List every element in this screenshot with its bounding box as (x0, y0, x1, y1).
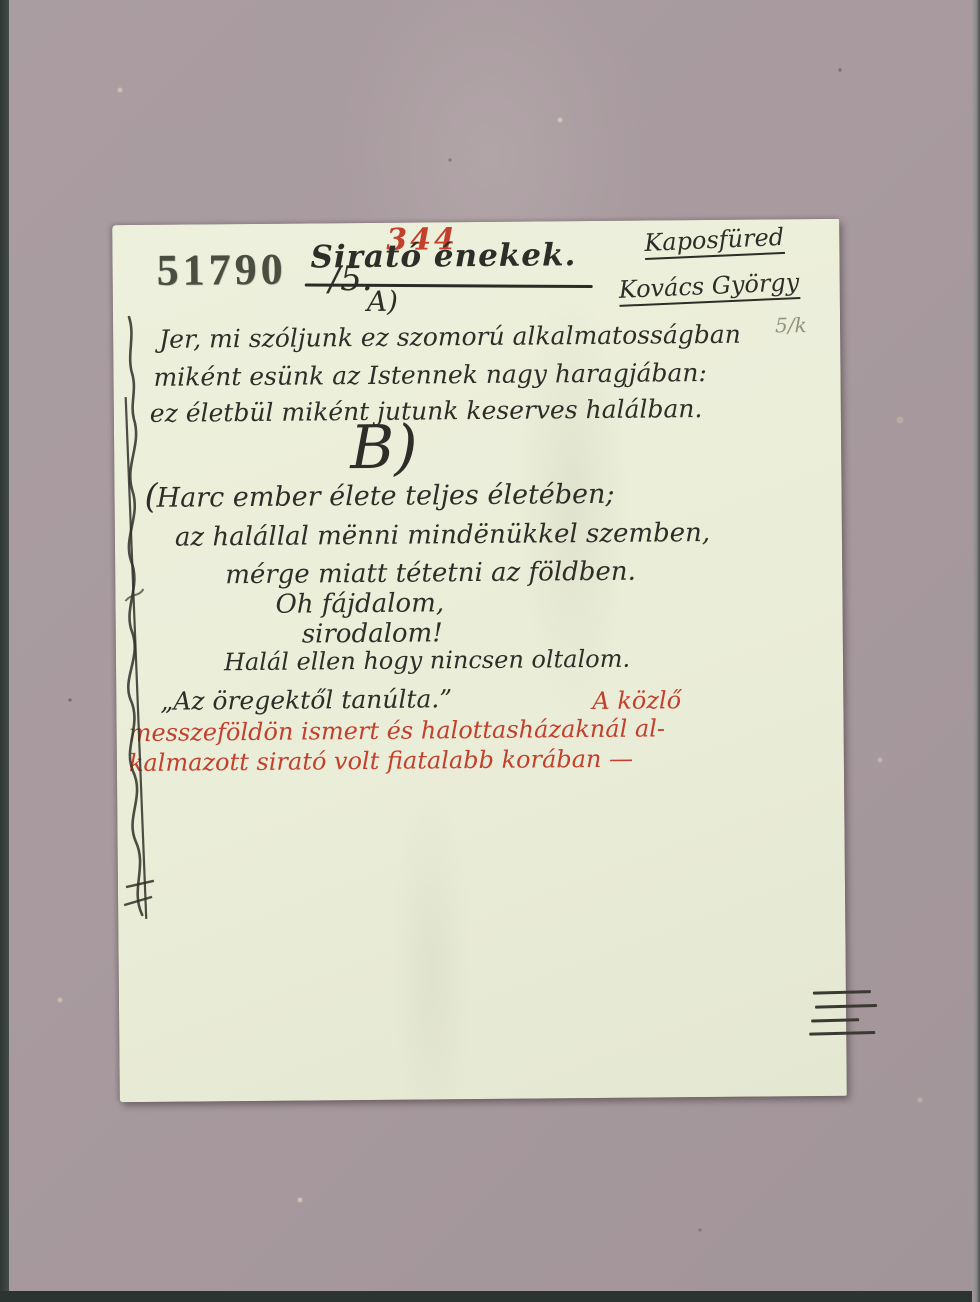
informant-name: Kovács György (618, 268, 800, 304)
manuscript-paper: 51790 /5. 344 Sirató énekek. Kaposfüred … (112, 219, 847, 1102)
ink-stroke-mark-3 (811, 1018, 859, 1022)
ink-stroke-mark-1 (813, 990, 871, 994)
attribution-note: „Az öregektől tanúlta.” (160, 684, 452, 716)
verse-a-line-2: miként esünk az Istennek nagy haragjában… (153, 358, 707, 392)
red-note-line-2: messzeföldön ismert és halottasházaknál … (128, 714, 665, 747)
location-text: Kaposfüred (644, 223, 785, 260)
scan-edge-left (0, 0, 9, 1302)
red-note-line-3: kalmazott sirató volt fiatalabb korában … (129, 745, 633, 777)
ink-stroke-mark-4 (809, 1031, 875, 1035)
document-title: Sirató énekek. (310, 237, 576, 275)
section-b-label: B) (350, 413, 418, 484)
verse-b-line-5: sirodalom! (302, 618, 443, 649)
red-note-inline: A közlő (592, 686, 681, 715)
location-name: Kaposfüred (644, 223, 785, 257)
scan-edge-bottom (0, 1291, 980, 1302)
verse-a-line-3: ez életbül miként jutunk keserves halálb… (150, 394, 703, 428)
archive-stamp-number: 51790 (156, 244, 286, 296)
verse-b-line-3: mérge miatt tétetni az földben. (225, 557, 636, 591)
scan-edge-right (972, 0, 980, 1302)
ink-stroke-mark-2 (815, 1004, 877, 1008)
verse-b-line-4: Oh fájdalom, (275, 588, 444, 619)
crossed-out-margin-scribble-icon (107, 301, 158, 925)
verse-b-line-1: Harc ember élete teljes életében; (156, 479, 614, 514)
informant-text: Kovács György (618, 268, 800, 307)
section-a-label: A) (367, 285, 398, 318)
verse-b-line-6: Halál ellen hogy nincsen oltalom. (224, 645, 630, 677)
verse-a-line-1: Jer, mi szóljunk ez szomorú alkalmatossá… (159, 320, 741, 354)
scanned-document: 51790 /5. 344 Sirató énekek. Kaposfüred … (0, 0, 980, 1302)
pencil-mark: 5/k (775, 313, 807, 337)
verse-b-line-2: az halállal mënni mindënükkel szemben, (175, 518, 710, 553)
